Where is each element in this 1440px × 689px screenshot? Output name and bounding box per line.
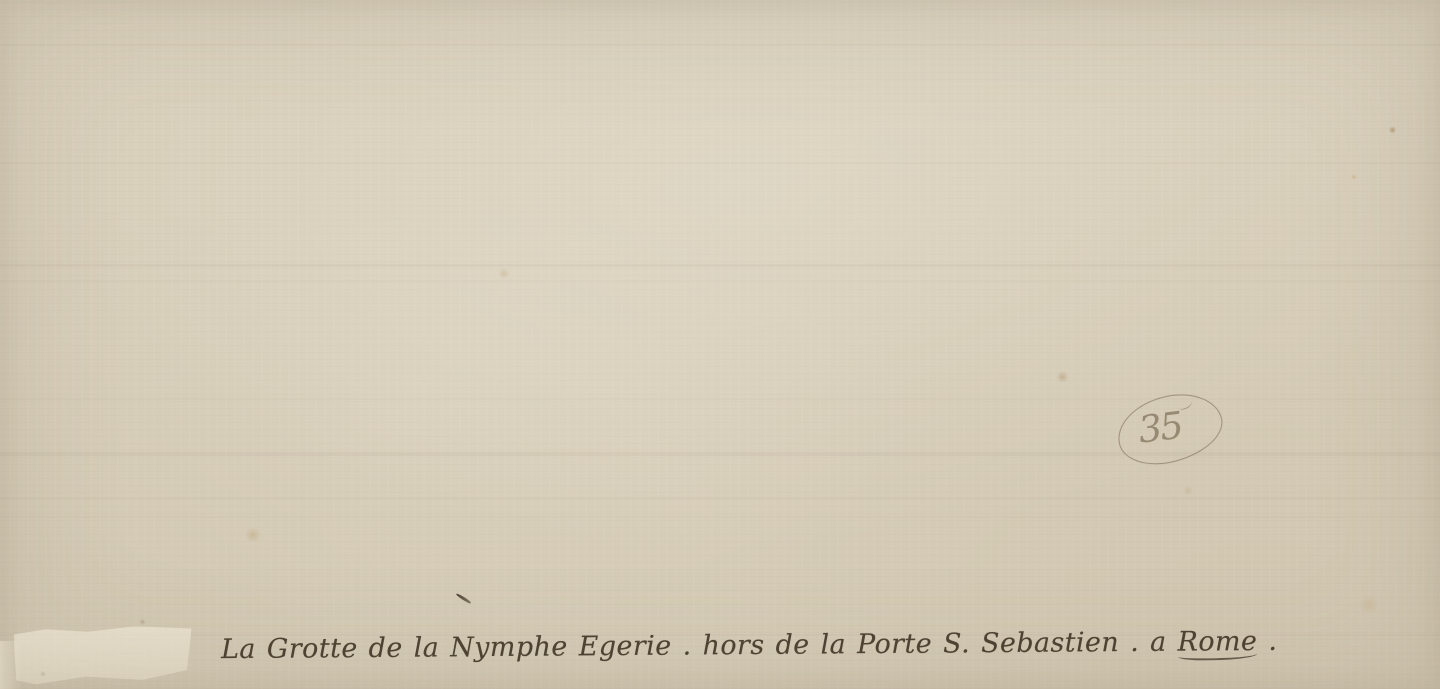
paper-laid-line [0, 264, 1440, 267]
foxing-spot [1056, 371, 1069, 383]
tape-residue-edge [0, 641, 22, 689]
pencil-oval-outline [1111, 385, 1229, 473]
paper-laid-line [0, 497, 1440, 499]
foxing-spot [244, 528, 262, 542]
handwritten-caption: La Grotte de la Nymphe Egerie . hors de … [221, 625, 1278, 667]
stray-ink-mark [456, 593, 472, 605]
foxing-spot [498, 268, 510, 279]
foxing-spot [1389, 126, 1396, 134]
paper-sheet: La Grotte de la Nymphe Egerie . hors de … [0, 0, 1440, 689]
collector-number: 35 [1136, 404, 1184, 452]
foxing-spot [1358, 596, 1380, 613]
foxing-spot [1351, 174, 1357, 180]
stamp-flourish-mark [1177, 397, 1194, 411]
caption-place-name: Rome [1177, 626, 1257, 661]
caption-text: La Grotte de la Nymphe Egerie . hors de … [221, 627, 1178, 666]
ink-speck [40, 671, 46, 677]
tape-residue [13, 625, 192, 685]
caption-final-period: . [1257, 626, 1277, 657]
paper-laid-line [0, 452, 1440, 456]
foxing-spot [1183, 486, 1193, 495]
collector-number-stamp: 35 [1111, 385, 1229, 473]
ink-speck [139, 619, 146, 625]
